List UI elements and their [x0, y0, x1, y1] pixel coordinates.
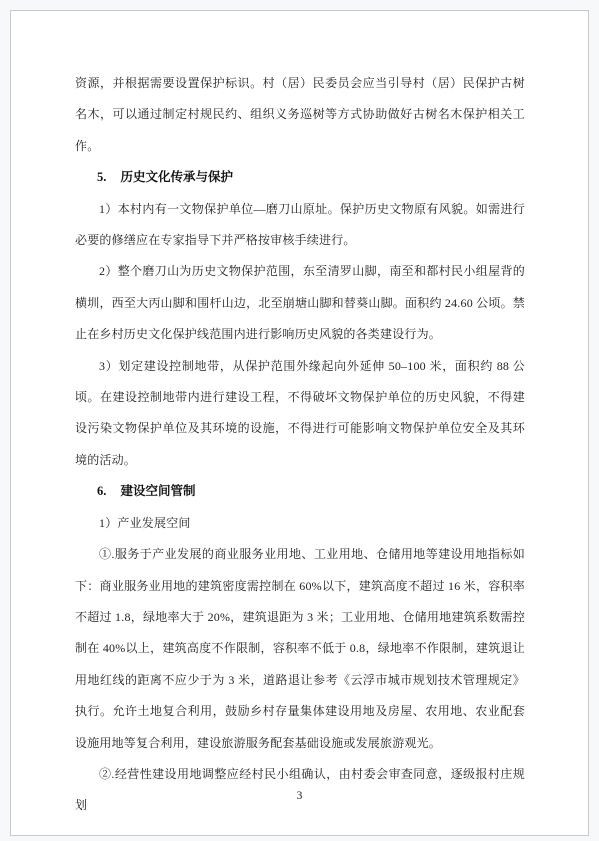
section-heading-5: 5. 历史文化传承与保护 — [97, 162, 525, 193]
paragraph-item-1: 1）本村内有一文物保护单位—磨刀山原址。保护历史文物原有风貌。如需进行必要的修缮… — [75, 194, 525, 257]
section-5-number: 5. — [97, 170, 106, 184]
page-number: 3 — [11, 790, 588, 802]
paragraph-industry-space: 1）产业发展空间 — [75, 508, 525, 539]
section-6-number: 6. — [97, 484, 106, 498]
paragraph-item-2: 2）整个磨刀山为历史文物保护范围，东至清罗山脚，南至和都村民小组屋背的横圳，西至… — [75, 256, 525, 350]
section-6-title: 建设空间管制 — [121, 484, 196, 498]
section-5-title: 历史文化传承与保护 — [121, 170, 234, 184]
document-page: 资源，并根据需要设置保护标识。村（居）民委员会应当引导村（居）民保护古树名木，可… — [10, 10, 589, 836]
section-heading-6: 6. 建设空间管制 — [97, 476, 525, 507]
paragraph-circle-1: ①.服务于产业发展的商业服务业用地、工业用地、仓储用地等建设用地指标如下：商业服… — [75, 539, 525, 759]
paragraph-continued: 资源，并根据需要设置保护标识。村（居）民委员会应当引导村（居）民保护古树名木，可… — [75, 68, 525, 162]
page-content: 资源，并根据需要设置保护标识。村（居）民委员会应当引导村（居）民保护古树名木，可… — [11, 11, 588, 822]
paragraph-item-3: 3）划定建设控制地带，从保护范围外缘起向外延伸 50–100 米，面积约 88 … — [75, 351, 525, 477]
